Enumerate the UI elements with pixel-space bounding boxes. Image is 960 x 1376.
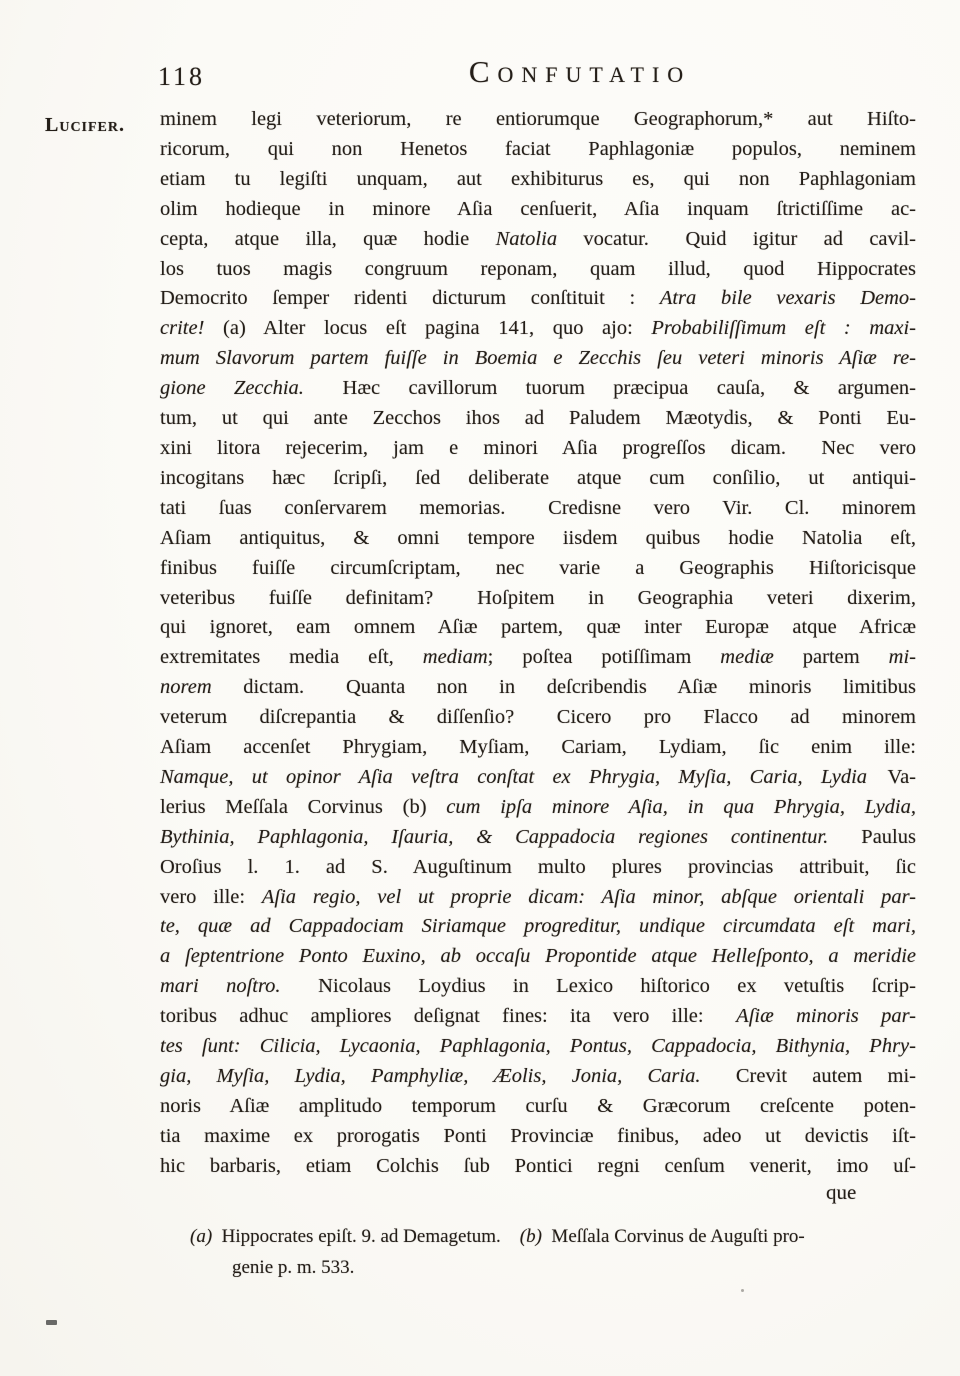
text-line: mum Slavorum partem fuiſſe in Boemia e Z… xyxy=(160,344,916,374)
text-line: toribus adhuc ampliores deſignat fines: … xyxy=(160,1002,916,1032)
text-line: gia, Myſia, Lydia, Pamphyliæ, Æolis, Jon… xyxy=(160,1062,916,1092)
footnotes: (a) Hippocrates epiſt. 9. ad Demagetum. … xyxy=(190,1221,890,1283)
text-line: incogitans hæc ſcripſi, ſed deliberate a… xyxy=(160,464,916,494)
text-line: genie p. m. 533. xyxy=(232,1252,890,1283)
text-line: hic barbaris, etiam Colchis ſub Pontici … xyxy=(160,1152,916,1182)
text-line: extremitates media eſt, mediam; poſtea p… xyxy=(160,643,916,673)
text-line: crite! (a) Alter locus eſt pagina 141, q… xyxy=(160,314,916,344)
text-line: xini litora rejecerim, jam e minori Aſia… xyxy=(160,434,916,464)
text-line: veterum diſcrepantia & diſſenſio? Cicero… xyxy=(160,703,916,733)
text-line: noris Aſiæ amplitudo temporum curſu & Gr… xyxy=(160,1092,916,1122)
text-line: mari noſtro. Nicolaus Loydius in Lexico … xyxy=(160,972,916,1002)
text-line: etiam tu legiſti unquam, aut exhibiturus… xyxy=(160,165,916,195)
text-line: tes ſunt: Cilicia, Lycaonia, Paphlagonia… xyxy=(160,1032,916,1062)
text-line: vero ille: Aſia regio, vel ut proprie di… xyxy=(160,883,916,913)
text-line: Namque, ut opinor Aſia veſtra conſtat ex… xyxy=(160,763,916,793)
text-line: tati ſuas conſervarem memorias. Credisne… xyxy=(160,494,916,524)
margin-note-speaker: Lucifer. xyxy=(45,114,125,137)
ink-smudge xyxy=(46,1320,57,1325)
running-header: Confutatio xyxy=(200,54,960,90)
text-line: minem legi veteriorum, re entiorumque Ge… xyxy=(160,105,916,135)
text-line: finibus fuiſſe circumſcriptam, nec varie… xyxy=(160,554,916,584)
text-line: Democrito ſemper ridenti dicturum conſti… xyxy=(160,284,916,314)
text-line: gione Zecchia. Hæc cavillorum tuorum præ… xyxy=(160,374,916,404)
text-line: Aſiam antiquitus, & omni tempore iisdem … xyxy=(160,524,916,554)
text-line: tia maxime ex prorogatis Ponti Provinciæ… xyxy=(160,1122,916,1152)
text-line: los tuos magis congruum reponam, quam il… xyxy=(160,255,916,285)
ink-speck xyxy=(741,1289,744,1292)
text-line: qui ignoret, eam omnem Aſiæ partem, quæ … xyxy=(160,613,916,643)
body-text: minem legi veteriorum, re entiorumque Ge… xyxy=(160,105,916,1182)
text-line: te, quæ ad Cappadociam Siriamque progred… xyxy=(160,912,916,942)
text-line: norem dictam. Quanta non in deſcribendis… xyxy=(160,673,916,703)
text-line: cepta, atque illa, quæ hodie Natolia voc… xyxy=(160,225,916,255)
text-line: olim hodieque in minore Aſia cenſuerit, … xyxy=(160,195,916,225)
text-line: lerius Meſſala Corvinus (b) cum ipſa min… xyxy=(160,793,916,823)
text-line: (a) Hippocrates epiſt. 9. ad Demagetum. … xyxy=(190,1221,890,1252)
text-line: tum, ut qui ante Zecchos ihos ad Paludem… xyxy=(160,404,916,434)
text-line: Oroſius l. 1. ad S. Auguſtinum multo plu… xyxy=(160,853,916,883)
page-number: 118 xyxy=(158,62,205,92)
page-scan: 118 Confutatio Lucifer. minem legi veter… xyxy=(0,0,960,1376)
text-line: Bythinia, Paphlagonia, Iſauria, & Cappad… xyxy=(160,823,916,853)
text-line: Aſiam accenſet Phrygiam, Myſiam, Cariam,… xyxy=(160,733,916,763)
text-line: ricorum, qui non Henetos faciat Paphlago… xyxy=(160,135,916,165)
catchword: que xyxy=(826,1180,856,1205)
text-line: a ſeptentrione Ponto Euxino, ab occaſu P… xyxy=(160,942,916,972)
text-line: veteribus fuiſſe definitam? Hoſpitem in … xyxy=(160,584,916,614)
